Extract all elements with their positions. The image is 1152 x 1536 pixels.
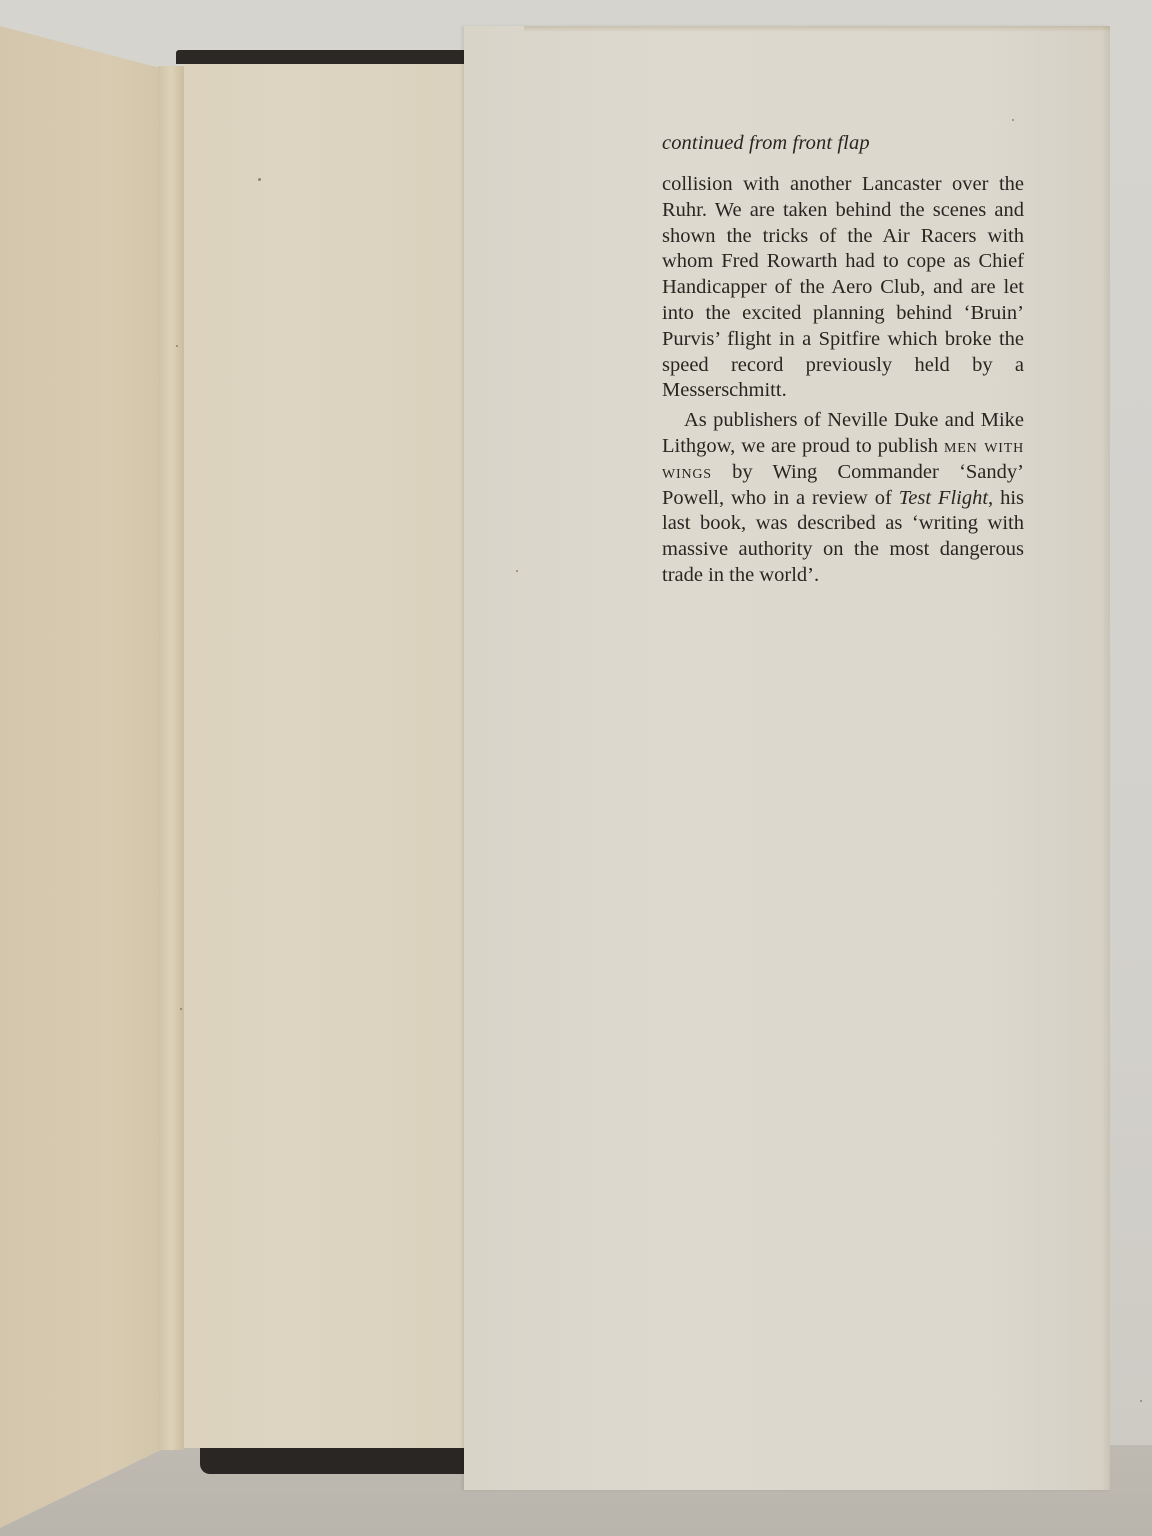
paper-speck (1140, 1400, 1142, 1402)
flap-right-edge (1102, 26, 1110, 1490)
flap-paragraph-2: As publishers of Neville Duke and Mike L… (662, 408, 1024, 589)
paper-speck (258, 178, 261, 181)
paper-speck (1012, 119, 1014, 121)
pastedown-endpaper (180, 64, 476, 1448)
paper-speck (180, 1008, 182, 1010)
cover-board-top-edge (176, 50, 476, 64)
flap-worn-top-edge (524, 26, 1110, 32)
dust-jacket-flap: continued from front flap collision with… (464, 26, 1110, 1490)
flap-text-block: continued from front flap collision with… (662, 130, 1024, 589)
paper-speck (516, 570, 518, 572)
paper-speck (176, 345, 178, 347)
book-hinge (158, 66, 184, 1450)
book-title-test-flight: Test Flight (899, 487, 988, 509)
continued-heading: continued from front flap (662, 130, 1024, 156)
cover-board-bottom-edge (200, 1446, 476, 1474)
free-endpaper (0, 0, 180, 1536)
flap-paragraph-1: collision with another Lancaster over th… (662, 172, 1024, 404)
